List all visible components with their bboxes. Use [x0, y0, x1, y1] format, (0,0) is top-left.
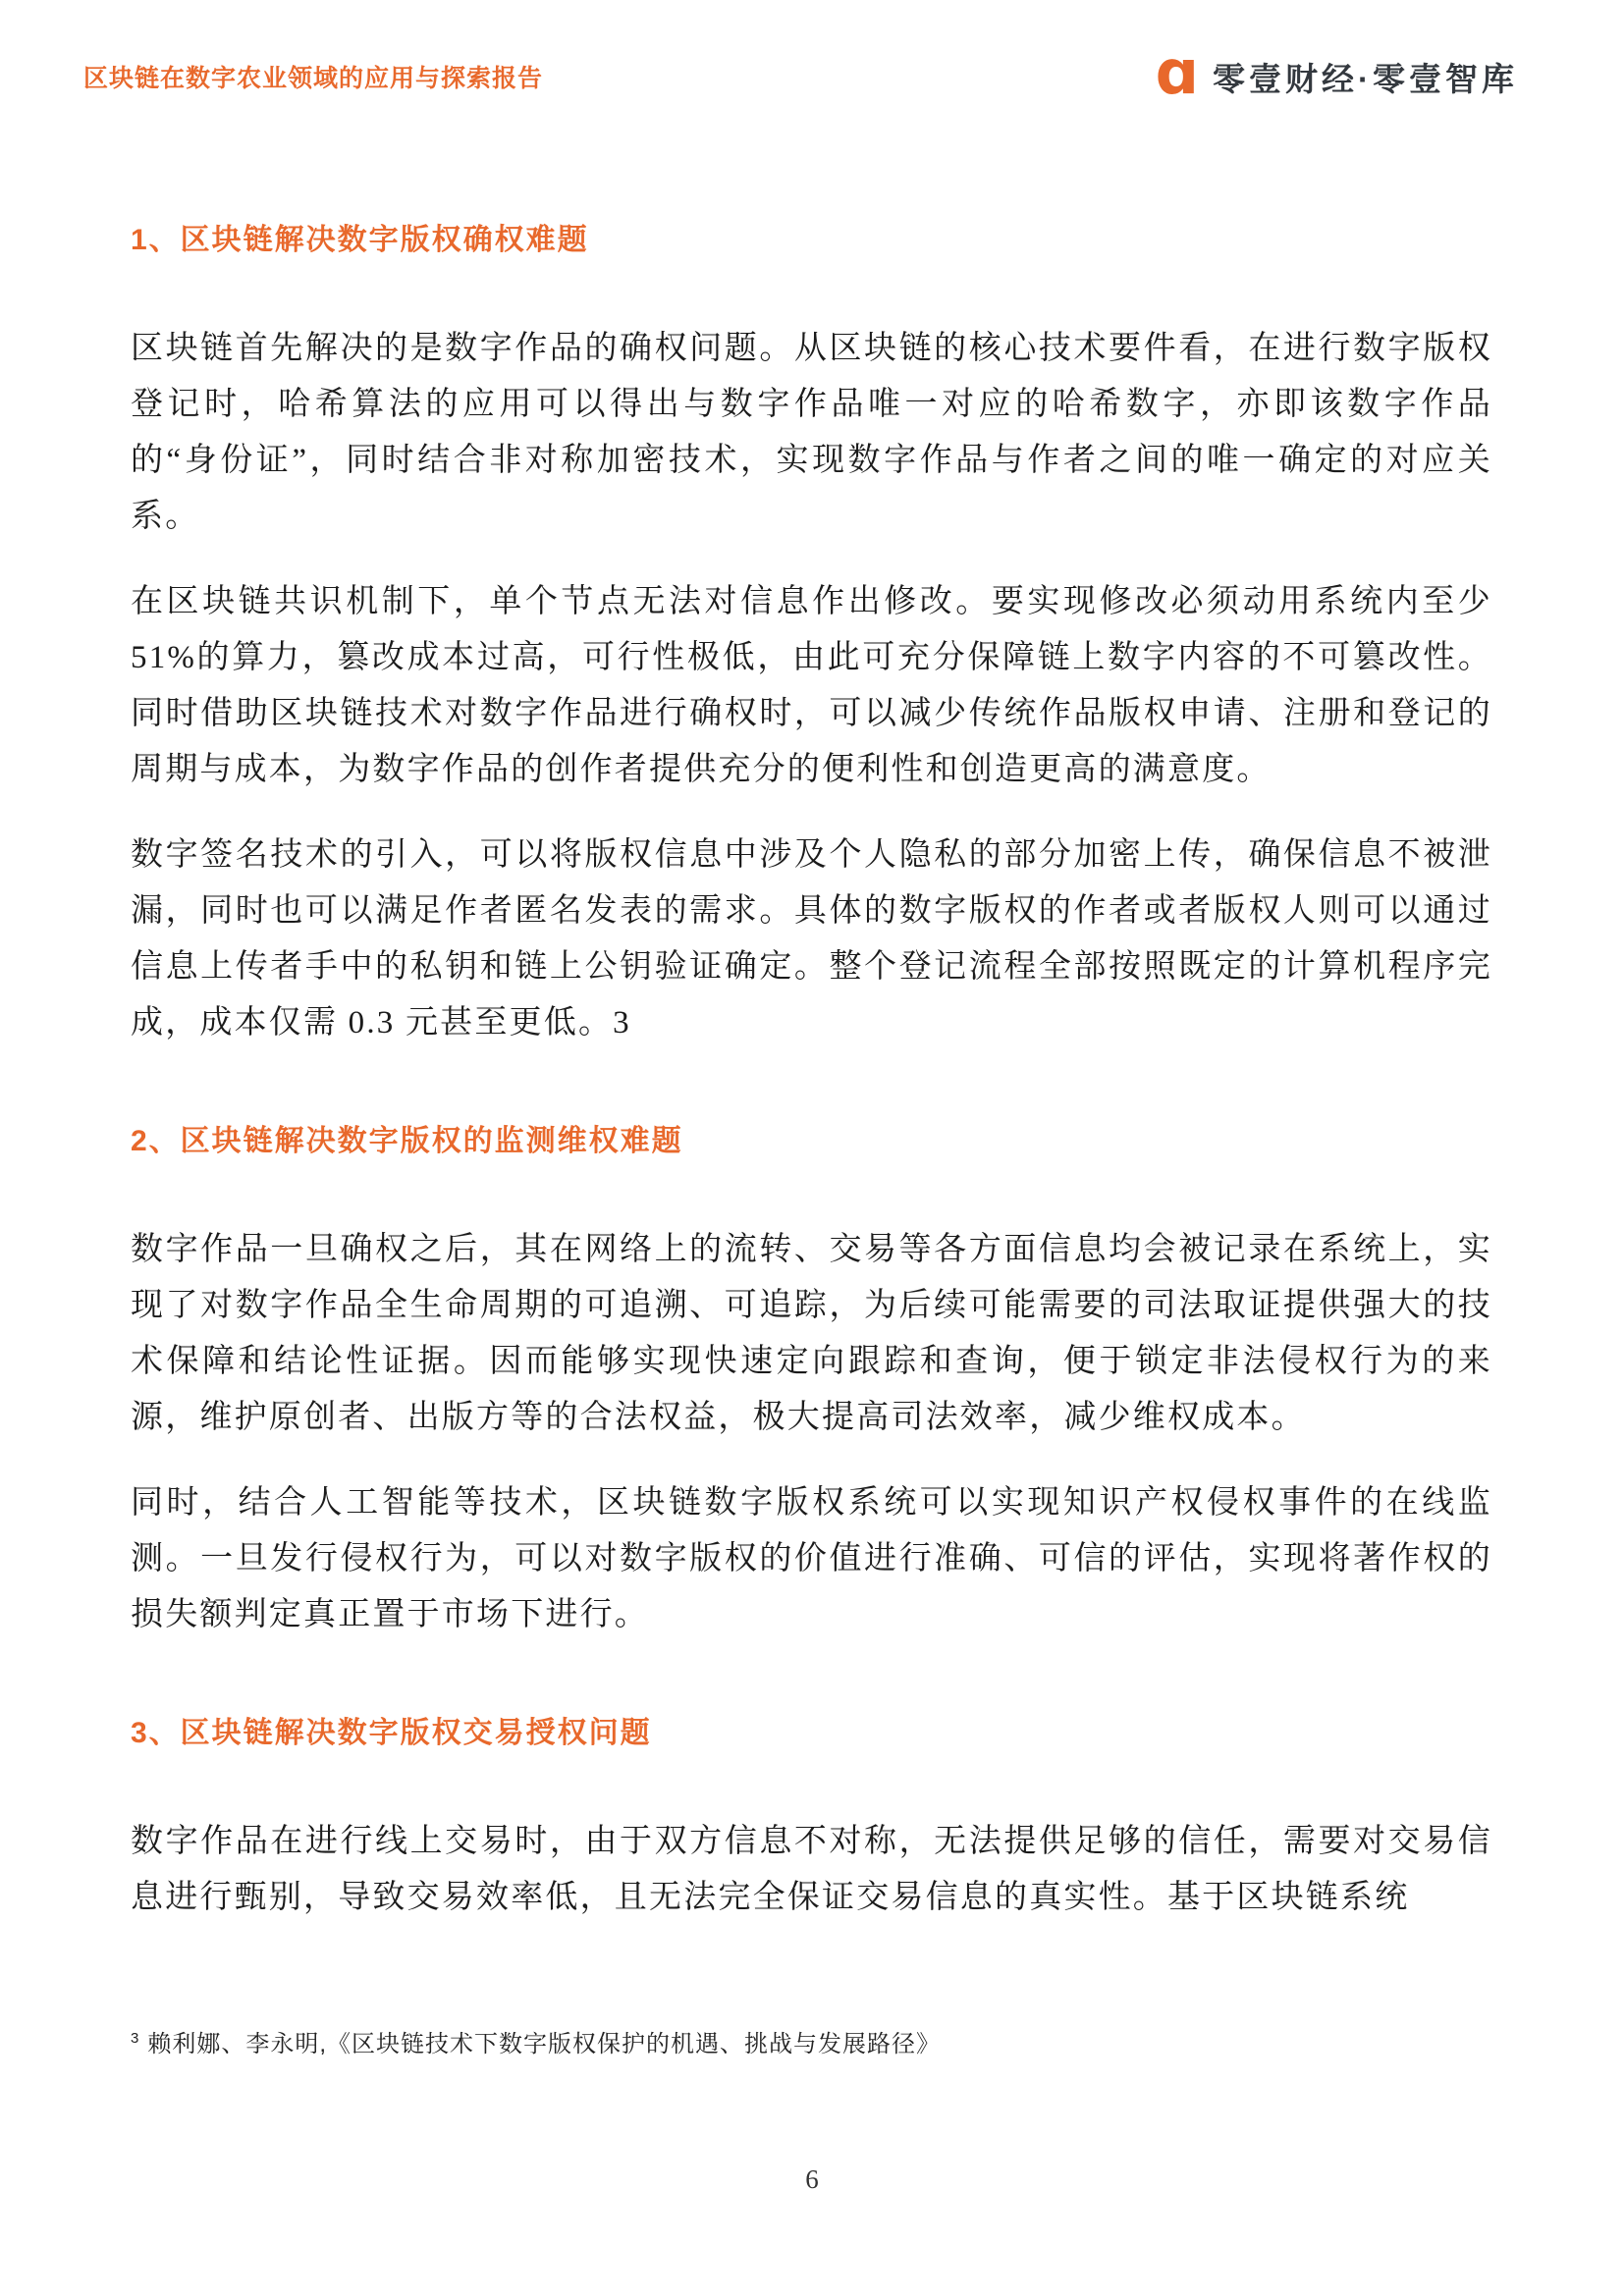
paragraph: 数字作品在进行线上交易时，由于双方信息不对称，无法提供足够的信任，需要对交易信息… [131, 1814, 1492, 1926]
section-heading-1: 1、区块链解决数字版权确权难题 [131, 221, 1492, 260]
paragraph: 区块链首先解决的是数字作品的确权问题。从区块链的核心技术要件看，在进行数字版权登… [131, 321, 1492, 545]
section-heading-3: 3、区块链解决数字版权交易授权问题 [131, 1714, 1492, 1753]
footnote-text: 赖利娜、李永明,《区块链技术下数字版权保护的机遇、挑战与发展路径》 [147, 2031, 941, 2057]
footnote: 3赖利娜、李永明,《区块链技术下数字版权保护的机遇、挑战与发展路径》 [131, 2024, 1492, 2058]
report-title: 区块链在数字农业领域的应用与探索报告 [83, 59, 543, 94]
document-body: 1、区块链解决数字版权确权难题 区块链首先解决的是数字作品的确权问题。从区块链的… [131, 98, 1492, 1955]
paragraph: 数字签名技术的引入，可以将版权信息中涉及个人隐私的部分加密上传，确保信息不被泄漏… [131, 828, 1492, 1051]
footnote-marker: 3 [131, 2030, 139, 2047]
paragraph: 数字作品一旦确权之后，其在网络上的流转、交易等各方面信息均会被记录在系统上，实现… [131, 1222, 1492, 1446]
document-page: 区块链在数字农业领域的应用与探索报告 ɑ 零壹财经·零壹智库 1、区块链解决数字… [0, 0, 1624, 2296]
brand-logo-text: 零壹财经·零壹智库 [1213, 54, 1518, 100]
page-number: 6 [0, 2164, 1624, 2195]
brand-logo-icon: ɑ [1156, 43, 1199, 102]
paragraph: 同时，结合人工智能等技术，区块链数字版权系统可以实现知识产权侵权事件的在线监测。… [131, 1475, 1492, 1643]
section-heading-2: 2、区块链解决数字版权的监测维权难题 [131, 1122, 1492, 1161]
paragraph: 在区块链共识机制下，单个节点无法对信息作出修改。要实现修改必须动用系统内至少51… [131, 574, 1492, 798]
brand-logo: ɑ 零壹财经·零壹智库 [1156, 47, 1518, 106]
